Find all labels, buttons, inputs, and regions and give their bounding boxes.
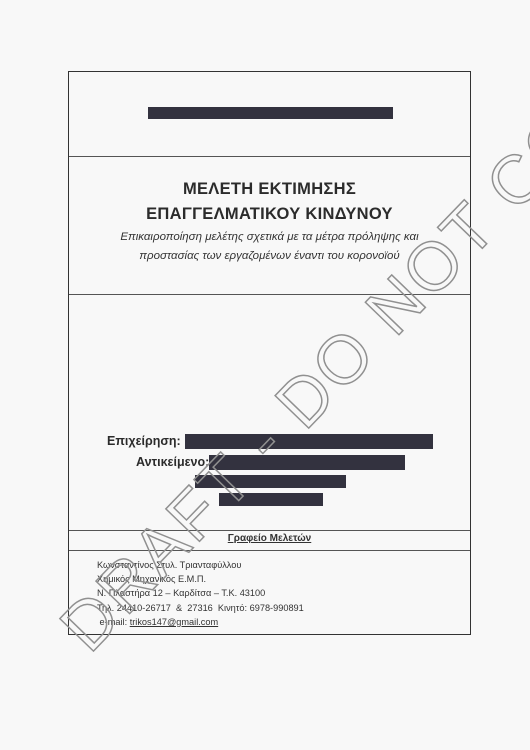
title-line-2: ΕΠΑΓΓΕΛΜΑΤΙΚΟΥ ΚΙΝΔΥΝΟΥ [69,205,470,224]
title-line-1: ΜΕΛΕΤΗ ΕΚΤΙΜΗΣΗΣ [69,180,470,199]
business-label: Επιχείρηση: [107,434,181,448]
header-section [69,72,470,157]
redacted-header [148,107,393,119]
